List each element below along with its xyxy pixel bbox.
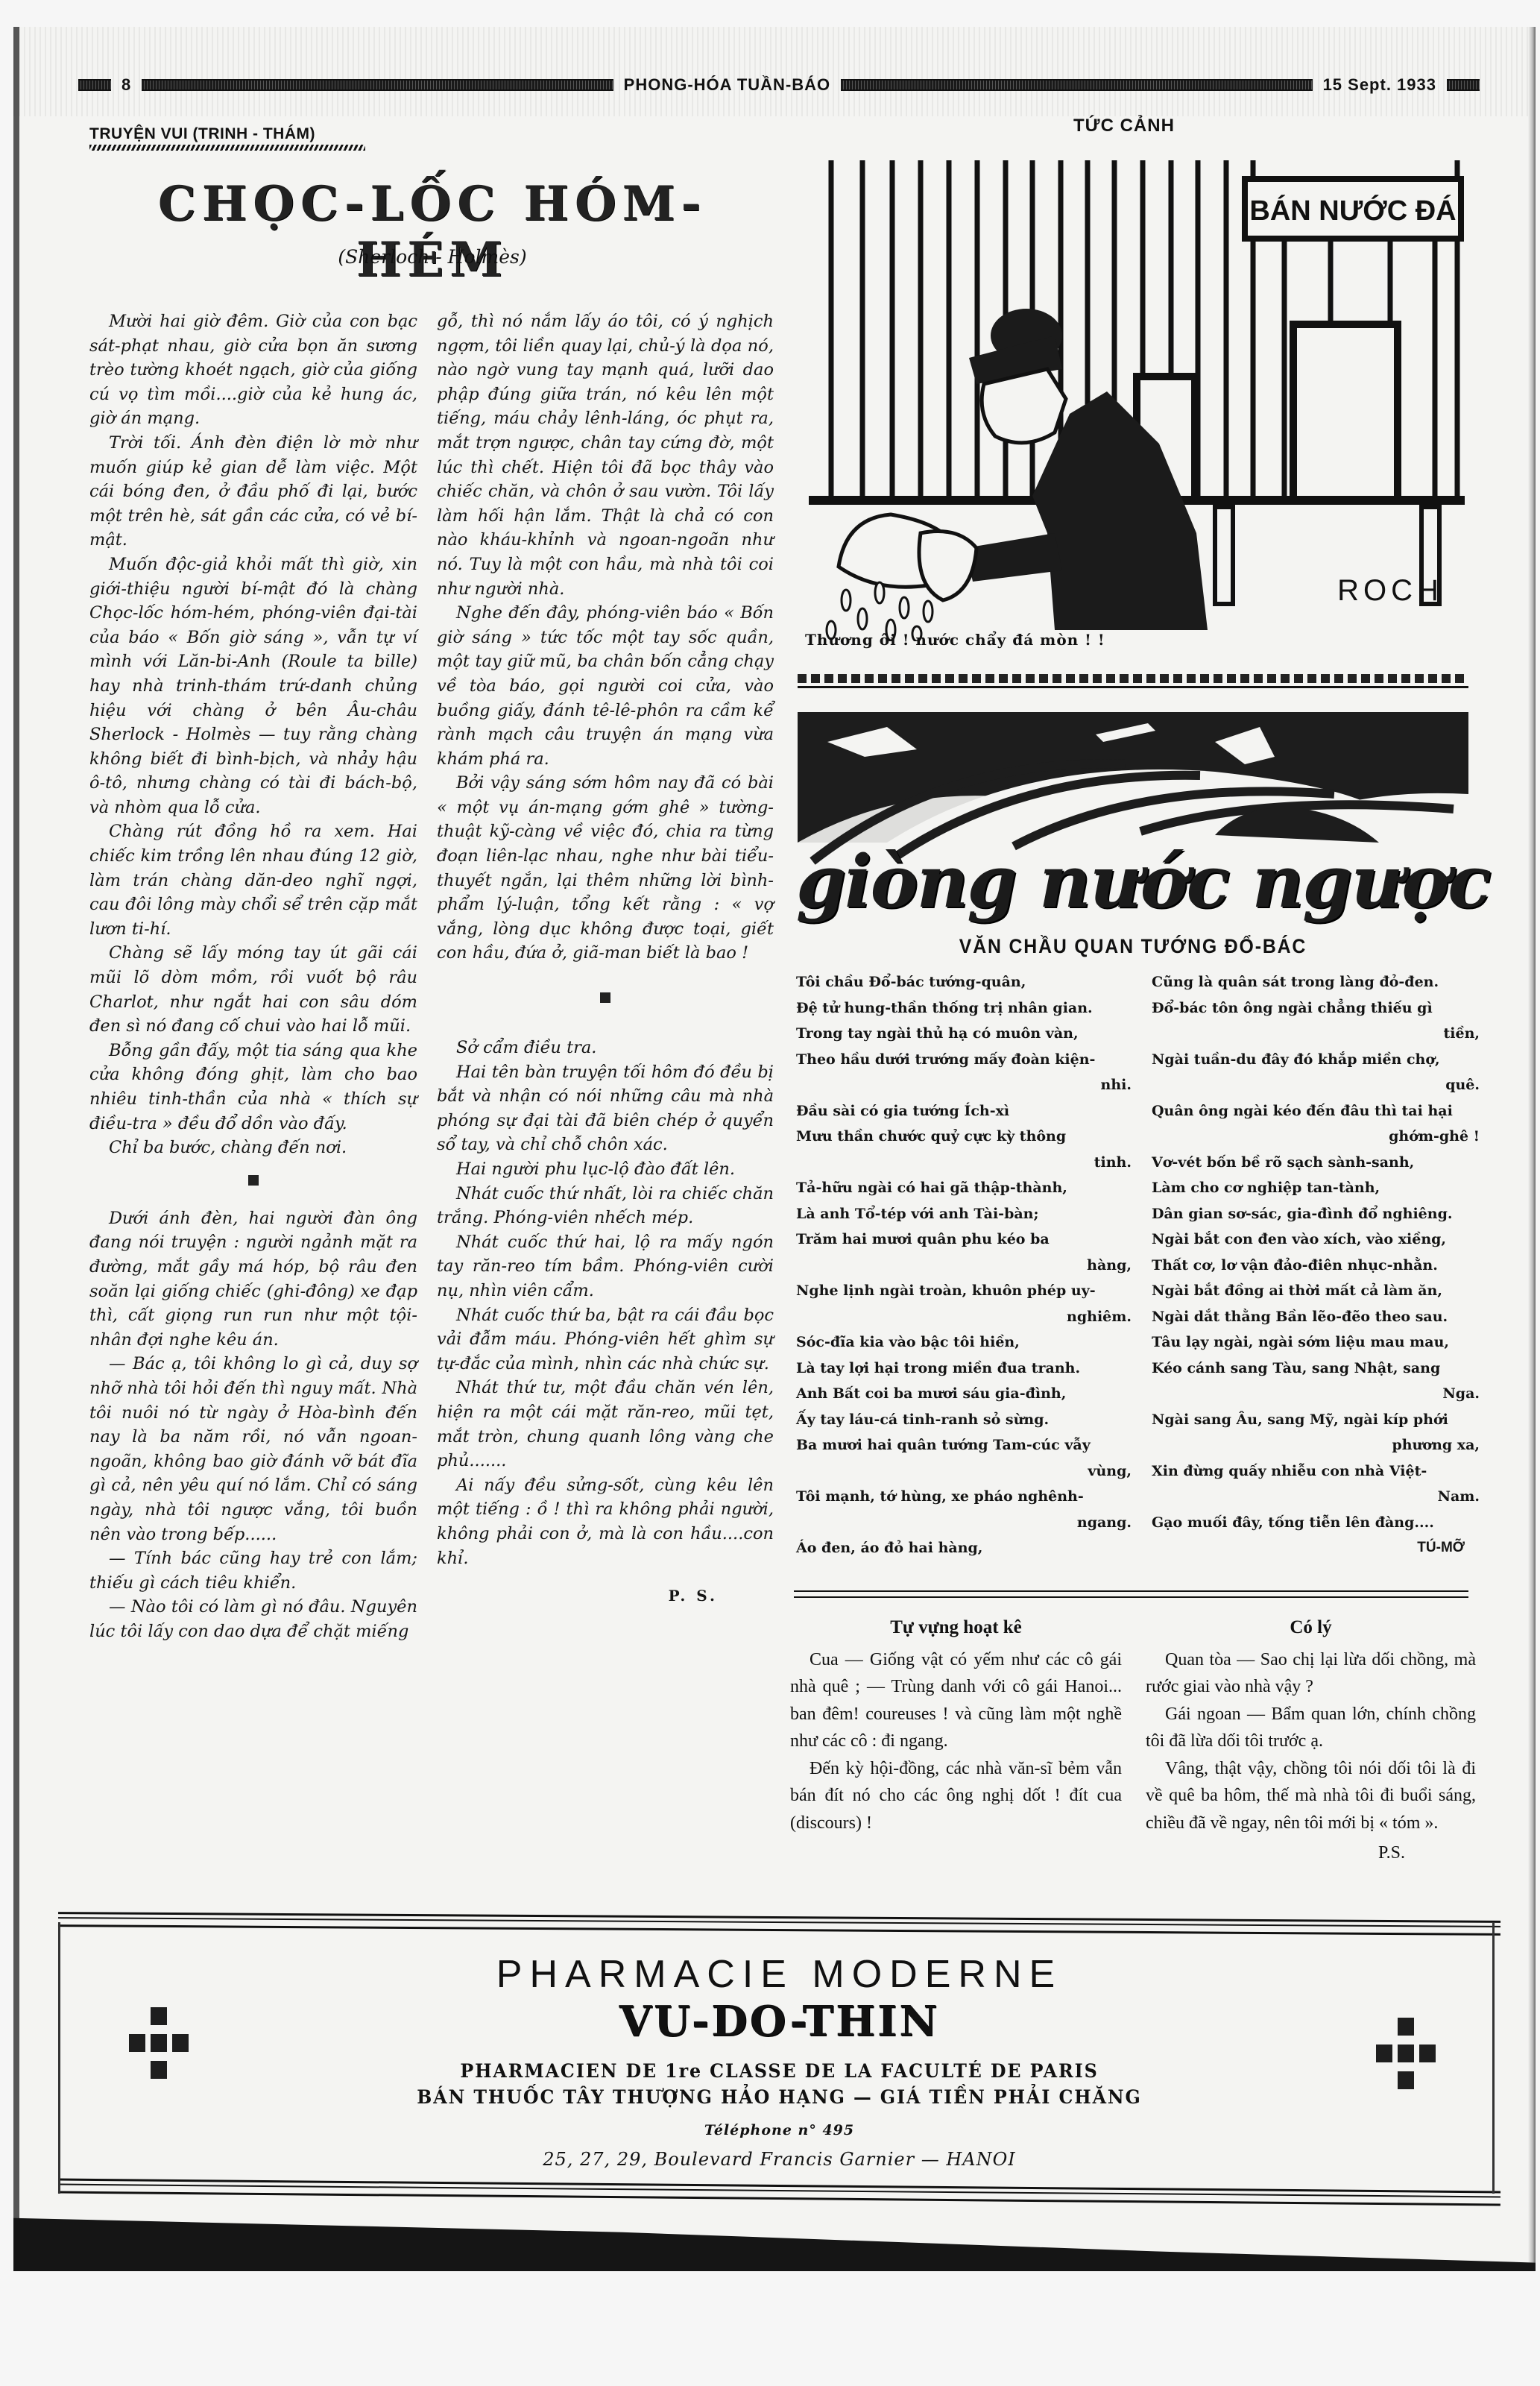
page-edge-left xyxy=(13,27,19,2271)
poem-line: nghiêm. xyxy=(796,1304,1132,1330)
cartoon-section-title: TỨC CẢNH xyxy=(1073,116,1175,136)
masthead: 8 PHONG-HÓA TUẦN-BÁO 15 Sept. 1933 xyxy=(78,75,1480,95)
poem-title: VĂN CHẦU QUAN TƯỚNG ĐỔ-BÁC xyxy=(824,935,1442,958)
poem-line: Ngài dắt thằng Bần lẽo-đẽo theo sau. xyxy=(1152,1304,1480,1330)
poem-line: Là anh Tổ-tép với anh Tài-bàn; xyxy=(796,1201,1132,1227)
story-paragraph: Muốn độc-giả khỏi mất thì giờ, xin giới-… xyxy=(89,553,417,820)
story-paragraph: Trời tối. Ánh đèn điện lờ mờ như muốn gi… xyxy=(89,431,417,553)
ad-credentials: PHARMACIEN DE 1re CLASSE DE LA FACULTÉ D… xyxy=(94,2060,1464,2082)
poem-line: Tôi mạnh, tớ hùng, xe pháo nghênh- xyxy=(796,1484,1132,1510)
shop-sign-text: BÁN NƯỚC ĐÁ xyxy=(1249,194,1456,227)
ad-tagline: BÁN THUỐC TÂY THƯỢNG HẢO HẠNG — GIÁ TIỀN… xyxy=(94,2086,1464,2108)
poem-line: vùng, xyxy=(796,1458,1132,1485)
story-paragraph: — Nào tôi có làm gì nó đâu. Nguyên lúc t… xyxy=(89,1595,417,1643)
story-paragraph: Chỉ ba bước, chàng đến nơi. xyxy=(89,1136,417,1160)
poem-line: tinh. xyxy=(796,1150,1132,1176)
poem-line: Ngài sang Âu, sang Mỹ, ngài kíp phới xyxy=(1152,1407,1480,1433)
article-co-ly: Có lý Quan tòa — Sao chị lại lừa dối chồ… xyxy=(1146,1614,1476,1867)
poem-line: Xin đừng quấy nhiễu con nhà Việt- xyxy=(1152,1458,1480,1485)
face xyxy=(982,369,1066,443)
story-paragraph: Nhát thứ tư, một đầu chăn vén lên, hiện … xyxy=(437,1376,774,1473)
story-column-1: Mười hai giờ đêm. Giờ của con bạc sát-ph… xyxy=(89,309,417,1643)
cartoon-caption: Thương ôi ! nước chẩy đá mòn ! ! xyxy=(805,631,1105,649)
article-tu-vung: Tự vựng hoạt kê Cua — Giống vật có yếm n… xyxy=(790,1614,1122,1836)
story-paragraph: Bởi vậy sáng sớm hôm nay đã có bài « một… xyxy=(437,771,774,966)
story-signature: P. S. xyxy=(437,1584,774,1608)
kicker-underline xyxy=(89,145,365,151)
story-paragraph: — Tính bác cũng hay trẻ con lắm; thiếu g… xyxy=(89,1546,417,1595)
paper-texture xyxy=(13,27,1536,116)
poem-line: Ngài bắt đồng ai thời mất cả làm ăn, xyxy=(1152,1278,1480,1304)
masthead-rule xyxy=(142,79,613,91)
poem-line: Sóc-đĩa kia vào bậc tôi hiền, xyxy=(796,1329,1132,1356)
story-paragraph: Dưới ánh đèn, hai người đàn ông đang nói… xyxy=(89,1206,417,1353)
poem-line: Áo đen, áo đỏ hai hàng, xyxy=(796,1535,1132,1561)
poem-line: Tả-hữu ngài có hai gã thập-thành, xyxy=(796,1175,1132,1201)
poem-line: Nga. xyxy=(1152,1381,1480,1407)
article-paragraph: Cua — Giống vật có yếm như các cô gái nh… xyxy=(790,1646,1122,1755)
issue-date: 15 Sept. 1933 xyxy=(1323,75,1436,95)
poem-line: Kéo cánh sang Tàu, sang Nhật, sang xyxy=(1152,1356,1480,1382)
poem-line: nhi. xyxy=(796,1072,1132,1098)
story-paragraph: Mười hai giờ đêm. Giờ của con bạc sát-ph… xyxy=(89,309,417,431)
poem-line: Quân ông ngài kéo đến đâu thì tai hại xyxy=(1152,1098,1480,1124)
section-divider xyxy=(794,1590,1468,1598)
story-paragraph: Ai nấy đều sửng-sốt, cùng kêu lên một ti… xyxy=(437,1473,774,1570)
poem-line: tiền, xyxy=(1152,1021,1480,1047)
artist-signature: ROCH xyxy=(1337,574,1443,607)
story-paragraph: Hai người phu lục-lộ đào đất lên. xyxy=(437,1157,774,1182)
poem-line: phương xa, xyxy=(1152,1432,1480,1458)
poem-line: Anh Bất coi ba mươi sáu gia-đình, xyxy=(796,1381,1132,1407)
story-paragraph: Nhát cuốc thứ ba, bật ra cái đầu bọc vải… xyxy=(437,1303,774,1376)
poem-line: Dân gian sơ-sác, gia-đình đổ nghiêng. xyxy=(1152,1201,1480,1227)
ad-pharmacist-name: VU-DO-THIN xyxy=(58,1997,1500,2046)
ad-telephone: Téléphone n° 495 xyxy=(58,2122,1500,2138)
pharmacy-advertisement: PHARMACIE MODERNE VU-DO-THIN PHARMACIEN … xyxy=(58,1916,1500,2200)
article-paragraph: Đến kỳ hội-đồng, các nhà văn-sĩ bẻm vẫn … xyxy=(790,1755,1122,1837)
poem-line: Vơ-vét bốn bề rõ sạch sành-sanh, xyxy=(1152,1150,1480,1176)
poem-line: Là tay lợi hại trong miền đua tranh. xyxy=(796,1356,1132,1382)
poem-line: Nghe lịnh ngài troàn, khuôn phép uy- xyxy=(796,1278,1132,1304)
poem-line: Tôi chầu Đổ-bác tướng-quân, xyxy=(796,969,1132,995)
cartoon-illustration: BÁN NƯỚC ĐÁ ROCH xyxy=(809,145,1465,641)
poem-line: Đổ-bác tôn ông ngài chẳng thiếu gì xyxy=(1152,995,1480,1022)
poem-line: Ấy tay láu-cá tinh-ranh sỏ sừng. xyxy=(796,1407,1132,1433)
story-paragraph: Hai tên bàn truyện tối hôm đó đều bị bắt… xyxy=(437,1060,774,1157)
story-column-2: gỗ, thì nó nắm lấy áo tôi, có ý nghịch n… xyxy=(437,309,774,1608)
poem-line: Cũng là quân sát trong làng đỏ-đen. xyxy=(1152,969,1480,995)
poem-line: Gạo muối đây, tống tiễn lên đàng.... xyxy=(1152,1510,1480,1536)
poem-line: Ngài tuần-du đây đó khắp miền chợ, xyxy=(1152,1047,1480,1073)
section-break-ornament xyxy=(248,1175,259,1186)
story-paragraph: Nhát cuốc thứ hai, lộ ra mấy ngón tay ră… xyxy=(437,1230,774,1303)
masthead-rule xyxy=(841,79,1312,91)
poem-line: Mưu thần chước quỷ cực kỳ thông xyxy=(796,1124,1132,1150)
poem-line: ghớm-ghê ! xyxy=(1152,1124,1480,1150)
ad-address: 25, 27, 29, Boulevard Francis Garnier — … xyxy=(58,2149,1500,2170)
poem-column-2: Cũng là quân sát trong làng đỏ-đen.Đổ-bá… xyxy=(1152,969,1480,1561)
story-paragraph: Nhát cuốc thứ nhất, lòi ra chiếc chăn tr… xyxy=(437,1182,774,1230)
article-paragraph: Vâng, thật vậy, chồng tôi nói dối tôi là… xyxy=(1146,1755,1476,1837)
story-paragraph: Sở cẩm điều tra. xyxy=(437,1036,774,1060)
page-edge-right xyxy=(1528,27,1536,2271)
article-title: Có lý xyxy=(1146,1614,1476,1642)
ad-headline: PHARMACIE MODERNE xyxy=(58,1952,1500,1997)
article-title: Tự vựng hoạt kê xyxy=(790,1614,1122,1642)
poem-line: Làm cho cơ nghiệp tan-tành, xyxy=(1152,1175,1480,1201)
story-paragraph: Chàng sẽ lấy móng tay út gãi cái mũi lõ … xyxy=(89,941,417,1038)
article-signature: P.S. xyxy=(1146,1839,1476,1867)
hands xyxy=(919,532,976,601)
page-number: 8 xyxy=(122,75,131,95)
decorative-rule xyxy=(798,674,1468,683)
poem-line: Đầu sài có gia tướng Ích-xì xyxy=(796,1098,1132,1124)
poem-line: Nam. xyxy=(1152,1484,1480,1510)
story-paragraph: Nghe đến đây, phóng-viên báo « Bốn giờ s… xyxy=(437,601,774,771)
poem-line: ngang. xyxy=(796,1510,1132,1536)
poem-line: Ngài bắt con đen vào xích, vào xiềng, xyxy=(1152,1227,1480,1253)
scan-shadow-bottom xyxy=(13,2200,1536,2271)
poem-line: Đệ tử hung-thần thống trị nhân gian. xyxy=(796,995,1132,1022)
poem-column-1: Tôi chầu Đổ-bác tướng-quân,Đệ tử hung-th… xyxy=(796,969,1132,1561)
article-paragraph: Gái ngoan — Bẩm quan lớn, chính chồng tô… xyxy=(1146,1701,1476,1755)
masthead-rule xyxy=(78,79,111,91)
decorative-rule xyxy=(798,686,1468,688)
banner-script-title: giòng nước ngược xyxy=(796,846,1482,918)
story-title: CHỌC-LỐC HÓM-HÉM xyxy=(89,176,775,288)
poem-line: hàng, xyxy=(796,1253,1132,1279)
poem-line: Ba mươi hai quân tướng Tam-cúc vẫy xyxy=(796,1432,1132,1458)
doorway xyxy=(1293,324,1398,500)
poem-line: Trăm hai mươi quân phu kéo ba xyxy=(796,1227,1132,1253)
poem-line: Trong tay ngài thủ hạ có muôn vàn, xyxy=(796,1021,1132,1047)
section-break-ornament xyxy=(600,992,610,1003)
poem-line: quê. xyxy=(1152,1072,1480,1098)
story-paragraph: — Bác ạ, tôi không lo gì cả, duy sợ nhỡ … xyxy=(89,1352,417,1546)
publication-name: PHONG-HÓA TUẦN-BÁO xyxy=(624,75,831,95)
poem-author: TÚ-MỠ xyxy=(1152,1535,1480,1561)
story-paragraph: gỗ, thì nó nắm lấy áo tôi, có ý nghịch n… xyxy=(437,309,774,601)
poem-line: Tâu lạy ngài, ngài sớm liệu mau mau, xyxy=(1152,1329,1480,1356)
masthead-rule xyxy=(1447,79,1480,91)
story-paragraph: Bỗng gần đấy, một tia sáng qua khe cửa k… xyxy=(89,1039,417,1136)
poem-line: Thất cơ, lơ vận đảo-điên nhục-nhằn. xyxy=(1152,1253,1480,1279)
poem-line: Theo hầu dưới trướng mấy đoàn kiện- xyxy=(796,1047,1132,1073)
story-kicker: TRUYỆN VUI (TRINH - THÁM) xyxy=(89,125,315,143)
story-subtitle: (Sherloch - Holmès) xyxy=(89,246,775,268)
article-paragraph: Quan tòa — Sao chị lại lừa dối chồng, mà… xyxy=(1146,1646,1476,1701)
story-paragraph: Chàng rút đồng hồ ra xem. Hai chiếc kim … xyxy=(89,819,417,941)
